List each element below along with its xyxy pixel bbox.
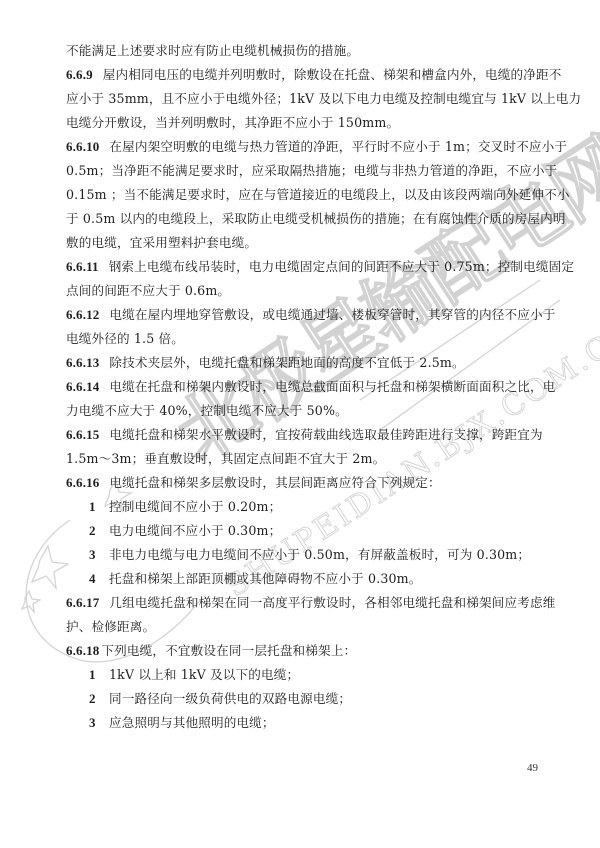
clause-6-6-16: 6.6.16电缆托盘和梯架多层敷设时，其层间距离应符合下列规定： xyxy=(66,475,441,491)
list-item: 2电力电缆间不应小于 0.30m； xyxy=(89,523,281,539)
text-line: 1.5m～3m；垂直敷设时，其固定点间距不宜大于 2m。 xyxy=(66,451,385,467)
text-line: 0.15m ；当不能满足要求时，应在与管道接近的电缆段上，以及由该段两端向外延伸… xyxy=(66,187,570,203)
text-line: 敷的电缆，宜采用塑料护套电缆。 xyxy=(66,235,257,251)
clause-6-6-14: 6.6.14电缆在托盘和梯架内敷设时，电缆总截面面积与托盘和梯架横断面面积之比，… xyxy=(66,379,555,395)
document-page: 北极星输配电网 SHUPEIDIAN.BJX.COM.CN 不能满足上述要求时应… xyxy=(0,0,600,848)
text-line: 电缆分开敷设，当并列明敷时，其净距不应小于 150mm。 xyxy=(66,115,399,131)
list-item: 11kV 以上和 1kV 及以下的电缆； xyxy=(89,667,299,683)
list-item: 3应急照明与其他照明的电缆； xyxy=(89,715,275,731)
list-item: 1控制电缆间不应小于 0.20m； xyxy=(89,499,281,515)
clause-6-6-10: 6.6.10在屋内架空明敷的电缆与热力管道的净距，平行时不应小于 1m；交叉时不… xyxy=(66,139,567,155)
text-line: 护、检修距离。 xyxy=(66,619,155,635)
clause-6-6-9: 6.6.9屋内相同电压的电缆并列明敷时，除敷设在托盘、梯架和槽盒内外，电缆的净距… xyxy=(66,67,562,83)
text-line: 电缆外径的 1.5 倍。 xyxy=(66,331,184,347)
list-item: 3非电力电缆与电力电缆间不应小于 0.50m，有屏蔽盖板时，可为 0.30m； xyxy=(89,547,530,563)
text-line: 应小于 35mm，且不应小于电缆外径；1kV 及以下电力电缆及控制电缆宜与 1k… xyxy=(66,91,581,107)
clause-6-6-11: 6.6.11钢索上电缆布线吊装时，电力电缆固定点间的间距不应大于 0.75m；控… xyxy=(66,259,574,275)
list-item: 4托盘和梯架上部距顶棚或其他障碍物不应小于 0.30m。 xyxy=(89,571,422,587)
text-line: 0.5m；当净距不能满足要求时，应采取隔热措施；电缆与非热力管道的净距，不应小于 xyxy=(66,163,557,179)
clause-6-6-17: 6.6.17几组电缆托盘和梯架在同一高度平行敷设时，各相邻电缆托盘和梯架间应考虑… xyxy=(66,595,555,611)
text-line: 于 0.5m 以内的电缆段上，采取防止电缆受机械损伤的措施；在有腐蚀性介质的房屋… xyxy=(66,211,566,227)
text-line: 点间的间距不应大于 0.6m。 xyxy=(66,283,230,299)
list-item: 2同一路径向一级负荷供电的双路电源电缆； xyxy=(89,691,351,707)
text-line: 力电缆不应大于 40%，控制电缆不应大于 50%。 xyxy=(66,403,348,419)
clause-6-6-15: 6.6.15电缆托盘和梯架水平敷设时，宜按荷载曲线选取最佳跨距进行支撑，跨距宜为 xyxy=(66,427,543,443)
clause-6-6-18: 6.6.18下列电缆，不宜敷设在同一层托盘和梯架上： xyxy=(66,643,356,659)
page-number: 49 xyxy=(527,762,538,774)
text-line: 不能满足上述要求时应有防止电缆机械损伤的措施。 xyxy=(66,43,359,59)
clause-6-6-13: 6.6.13除技术夹层外，电缆托盘和梯架距地面的高度不宜低于 2.5m。 xyxy=(66,355,465,371)
clause-6-6-12: 6.6.12电缆在屋内埋地穿管敷设，或电缆通过墙、楼板穿管时，其穿管的内径不应小… xyxy=(66,307,555,323)
